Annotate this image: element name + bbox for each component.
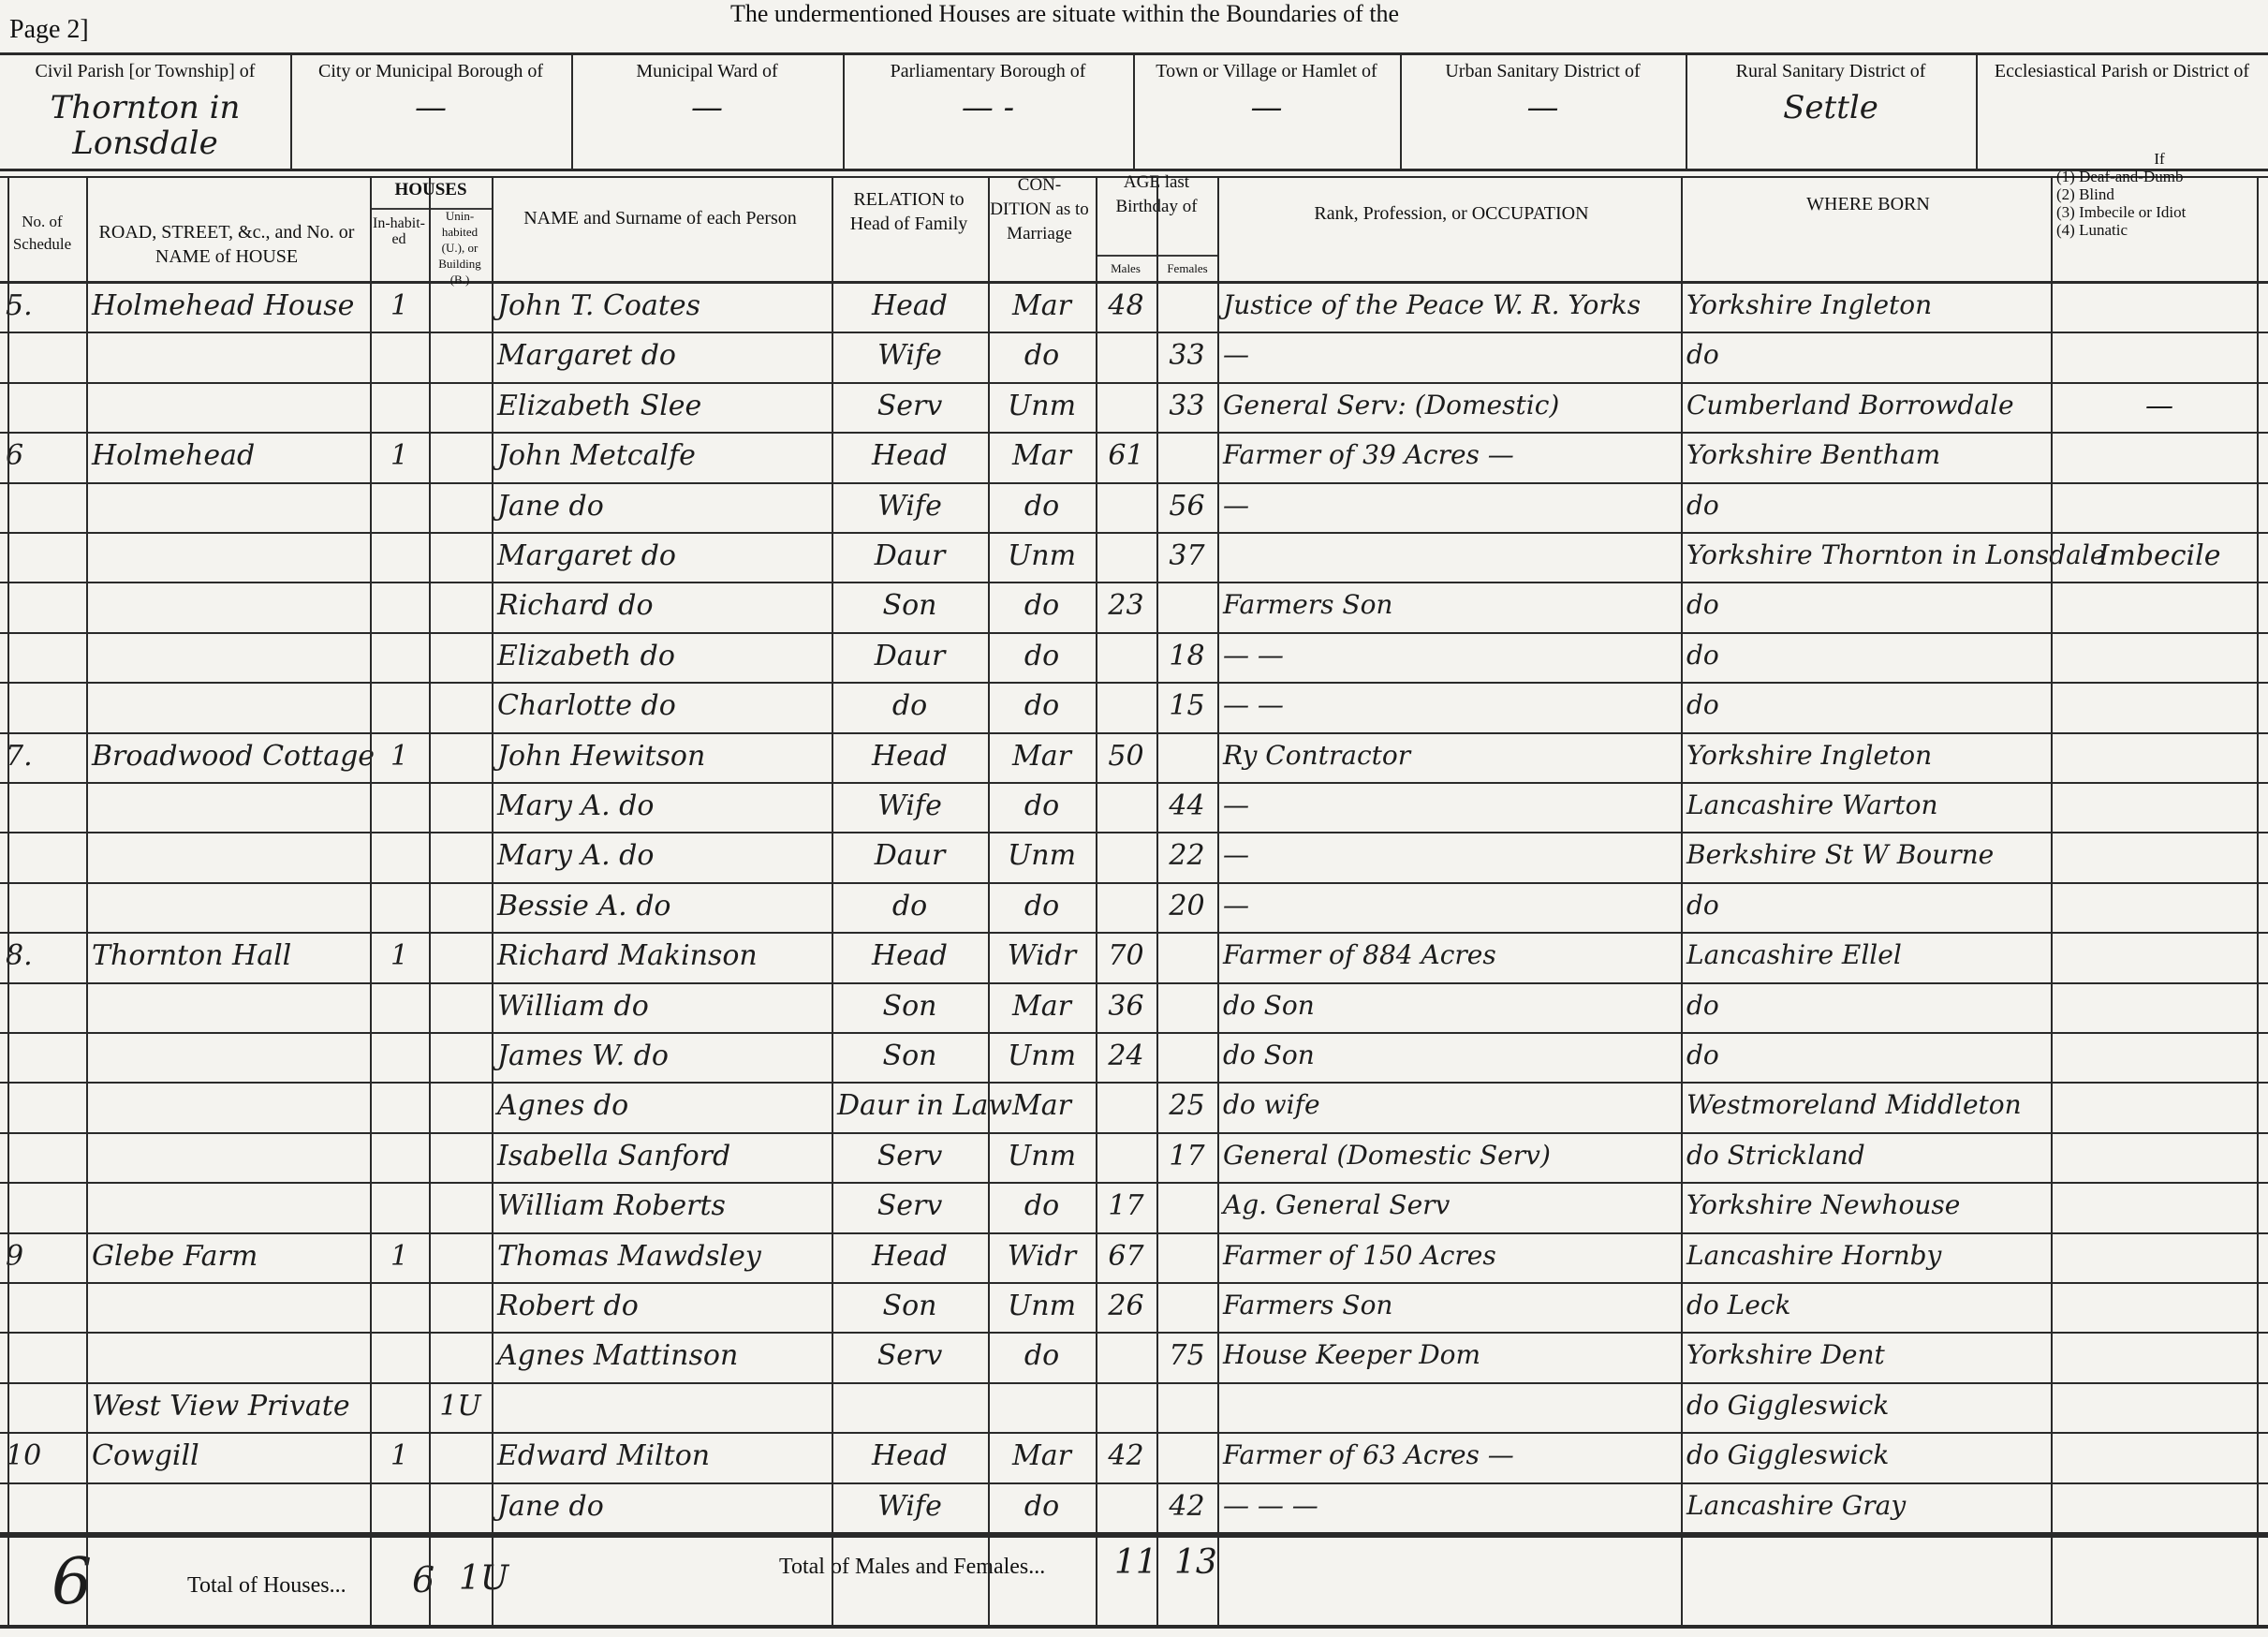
cell-condition: Unm: [994, 1140, 1090, 1172]
col-header-condition: CON-DITION as to Marriage: [988, 173, 1091, 246]
table-row: Isabella SanfordServUnm17General (Domest…: [0, 1134, 2268, 1184]
cell-relation: Serv: [837, 390, 982, 422]
cell-relation: Head: [837, 939, 982, 972]
cell-occupation: —: [1223, 890, 1675, 921]
cell-relation: Daur: [837, 539, 982, 572]
cell-male: 42: [1101, 1439, 1151, 1472]
cell-born: do: [1686, 1040, 2045, 1070]
total-uninhabited: 1U: [459, 1559, 508, 1598]
district-value: —: [290, 90, 571, 125]
cell-infirm: Imbecile: [2056, 539, 2262, 572]
cell-condition: Unm: [994, 1040, 1090, 1072]
cell-relation: Serv: [837, 1140, 982, 1172]
cell-name: James W. do: [497, 1040, 826, 1072]
district-label: Urban Sanitary District of: [1400, 54, 1686, 82]
district-value: — -: [843, 90, 1133, 125]
cell-occupation: House Keeper Dom: [1223, 1339, 1675, 1370]
district-value: —: [1133, 90, 1400, 125]
district-6: Rural Sanitary District ofSettle: [1686, 54, 1976, 169]
cell-born: Berkshire St W Bourne: [1686, 839, 2045, 870]
col-header-road: ROAD, STREET, &c., and No. or NAME of HO…: [86, 220, 367, 269]
table-row: Agnes doDaur in LawMar25do wifeWestmorel…: [0, 1084, 2268, 1133]
cell-condition: do: [994, 589, 1090, 622]
cell-condition: do: [994, 490, 1090, 523]
cell-schedule: 6: [6, 439, 81, 472]
cell-relation: Son: [837, 589, 982, 622]
cell-schedule: 7.: [6, 740, 81, 773]
cell-relation: Head: [837, 439, 982, 472]
col-where-born-label: WHERE BORN: [1806, 194, 1930, 214]
cell-occupation: do Son: [1223, 990, 1675, 1021]
cell-born: do: [1686, 490, 2045, 521]
cell-relation: Wife: [837, 490, 982, 523]
col-header-occupation: Rank, Profession, or OCCUPATION: [1222, 201, 1681, 226]
cell-condition: Mar: [994, 439, 1090, 472]
infirmity-option: (3) Imbecile or Idiot: [2056, 203, 2262, 221]
cell-occupation: General (Domestic Serv): [1223, 1140, 1675, 1171]
cell-name: Margaret do: [497, 339, 826, 372]
cell-born: do: [1686, 640, 2045, 671]
cell-inhab: 1: [376, 289, 423, 322]
cell-condition: do: [994, 339, 1090, 372]
cell-born: do: [1686, 689, 2045, 720]
cell-relation: do: [837, 689, 982, 722]
cell-relation: Wife: [837, 789, 982, 822]
cell-schedule: 8.: [6, 939, 81, 972]
cell-condition: do: [994, 689, 1090, 722]
district-label: City or Municipal Borough of: [290, 54, 571, 82]
cell-occupation: do wife: [1223, 1089, 1675, 1120]
table-row: Agnes MattinsonServdo75House Keeper DomY…: [0, 1334, 2268, 1383]
district-value: —: [571, 90, 843, 125]
cell-schedule: 5.: [6, 289, 81, 322]
col-uninhabited-label: Unin-habited (U.), or Building (B.): [438, 209, 481, 287]
cell-house: Holmehead: [92, 439, 364, 472]
cell-female: 17: [1162, 1140, 1212, 1172]
cell-occupation: Farmer of 39 Acres —: [1223, 439, 1675, 470]
cell-infirm: —: [2056, 390, 2262, 422]
cell-relation: Son: [837, 1290, 982, 1322]
district-label: Municipal Ward of: [571, 54, 843, 82]
district-label: Civil Parish [or Township] of: [0, 54, 290, 82]
col-header-inhabited: In-habit-ed: [370, 215, 428, 247]
table-row: Mary A. doWifedo44—Lancashire Warton: [0, 784, 2268, 833]
cell-name: Elizabeth do: [497, 640, 826, 672]
cell-name: Agnes Mattinson: [497, 1339, 826, 1372]
cell-relation: Wife: [837, 339, 982, 372]
cell-condition: do: [994, 1490, 1090, 1523]
cell-born: Lancashire Gray: [1686, 1490, 2045, 1521]
infirmity-option: (4) Lunatic: [2056, 221, 2262, 239]
cell-male: 36: [1101, 990, 1151, 1023]
table-row: Elizabeth doDaurdo18— —do: [0, 634, 2268, 684]
col-houses-label: HOUSES: [394, 180, 466, 199]
cell-name: Jane do: [497, 1490, 826, 1523]
table-row: Bessie A. dododo20—do: [0, 884, 2268, 934]
cell-condition: Unm: [994, 539, 1090, 572]
district-label: Rural Sanitary District of: [1686, 54, 1976, 82]
table-row: Jane doWifedo42— — —Lancashire Gray: [0, 1484, 2268, 1534]
cell-female: 75: [1162, 1339, 1212, 1372]
col-inhabited-label: In-habit-ed: [373, 215, 425, 247]
col-males-label: Males: [1111, 261, 1141, 275]
col-header-houses: HOUSES: [370, 178, 492, 202]
cell-relation: Head: [837, 1439, 982, 1472]
cell-occupation: —: [1223, 339, 1675, 370]
cell-female: 25: [1162, 1089, 1212, 1122]
col-header-schedule: No. of Schedule: [0, 211, 84, 256]
col-header-uninhabited: Unin-habited (U.), or Building (B.): [431, 208, 489, 288]
cell-occupation: — —: [1223, 689, 1675, 720]
district-4: Town or Village or Hamlet of—: [1133, 54, 1400, 169]
col-header-relation: RELATION to Head of Family: [832, 187, 986, 236]
cell-female: 22: [1162, 839, 1212, 872]
cell-female: 33: [1162, 390, 1212, 422]
cell-condition: Mar: [994, 289, 1090, 322]
cell-born: Yorkshire Ingleton: [1686, 740, 2045, 771]
cell-name: Margaret do: [497, 539, 826, 572]
cell-occupation: Farmers Son: [1223, 589, 1675, 620]
cell-male: 48: [1101, 289, 1151, 322]
cell-house: Cowgill: [92, 1439, 364, 1472]
cell-schedule: 10: [6, 1439, 81, 1472]
cell-name: Thomas Mawdsley: [497, 1240, 826, 1273]
cell-occupation: Farmer of 884 Acres: [1223, 939, 1675, 970]
district-0: Civil Parish [or Township] ofThornton in…: [0, 54, 290, 169]
cell-name: Richard Makinson: [497, 939, 826, 972]
cell-relation: do: [837, 890, 982, 922]
table-row: 5.Holmehead House1John T. CoatesHeadMar4…: [0, 284, 2268, 333]
cell-born: Lancashire Warton: [1686, 789, 2045, 820]
cell-female: 37: [1162, 539, 1212, 572]
total-persons-label: Total of Males and Females...: [779, 1555, 1045, 1580]
cell-name: William Roberts: [497, 1189, 826, 1222]
infirmity-option: (1) Deaf-and-Dumb: [2056, 168, 2262, 185]
cell-born: Cumberland Borrowdale: [1686, 390, 2045, 420]
cell-condition: do: [994, 1339, 1090, 1372]
cell-born: Yorkshire Dent: [1686, 1339, 2045, 1370]
cell-occupation: Ag. General Serv: [1223, 1189, 1675, 1220]
cell-relation: Head: [837, 289, 982, 322]
cell-female: 33: [1162, 339, 1212, 372]
district-label: Town or Village or Hamlet of: [1133, 54, 1400, 82]
cell-name: Mary A. do: [497, 789, 826, 822]
page-label: Page 2]: [9, 15, 89, 45]
total-inhabited: 6: [412, 1559, 434, 1600]
cell-occupation: Ry Contractor: [1223, 740, 1675, 771]
col-header-where-born: WHERE BORN: [1686, 192, 2051, 216]
cell-condition: Widr: [994, 939, 1090, 972]
district-value: Settle: [1686, 90, 1976, 125]
table-row: Elizabeth SleeServUnm33General Serv: (Do…: [0, 384, 2268, 434]
cell-relation: Head: [837, 740, 982, 773]
table-row: 7.Broadwood Cottage1John HewitsonHeadMar…: [0, 734, 2268, 784]
district-value: Thornton in Lonsdale: [0, 90, 290, 161]
table-row: Richard doSondo23Farmers Sondo: [0, 583, 2268, 633]
cell-condition: do: [994, 890, 1090, 922]
cell-inhab: 1: [376, 740, 423, 773]
cell-occupation: Farmers Son: [1223, 1290, 1675, 1320]
cell-female: 18: [1162, 640, 1212, 672]
cell-born: do Giggleswick: [1686, 1390, 2045, 1421]
table-row: West View Private1Udo Giggleswick: [0, 1384, 2268, 1434]
cell-schedule: 9: [6, 1240, 81, 1273]
cell-relation: Son: [837, 990, 982, 1023]
table-row: Charlotte dododo15— —do: [0, 684, 2268, 733]
col-schedule-label: No. of Schedule: [13, 213, 71, 253]
col-condition-label: CON-DITION as to Marriage: [990, 175, 1089, 243]
table-row: 9Glebe Farm1Thomas MawdsleyHeadWidr67Far…: [0, 1234, 2268, 1284]
cell-name: Isabella Sanford: [497, 1140, 826, 1172]
cell-house: West View Private: [92, 1390, 364, 1423]
cell-inhab: 1: [376, 439, 423, 472]
cell-name: Jane do: [497, 490, 826, 523]
cell-born: Yorkshire Ingleton: [1686, 289, 2045, 320]
cell-male: 24: [1101, 1040, 1151, 1072]
cell-born: do: [1686, 890, 2045, 921]
district-2: Municipal Ward of—: [571, 54, 843, 169]
table-row: Jane doWifedo56—do: [0, 484, 2268, 534]
table-row: Margaret doWifedo33—do: [0, 333, 2268, 383]
cell-condition: Mar: [994, 740, 1090, 773]
cell-born: do Leck: [1686, 1290, 2045, 1320]
cell-relation: Serv: [837, 1189, 982, 1222]
district-3: Parliamentary Borough of— -: [843, 54, 1133, 169]
table-row: James W. doSonUnm24do Sondo: [0, 1034, 2268, 1084]
cell-name: Elizabeth Slee: [497, 390, 826, 422]
col-relation-label: RELATION to Head of Family: [850, 189, 968, 234]
cell-born: do: [1686, 990, 2045, 1021]
col-header-females: Females: [1157, 260, 1217, 276]
cell-occupation: Justice of the Peace W. R. Yorks: [1223, 289, 1675, 320]
banner-title: The undermentioned Houses are situate wi…: [730, 0, 1399, 28]
cell-house: Broadwood Cottage: [92, 740, 364, 773]
district-value: —: [1400, 90, 1686, 125]
cell-female: 42: [1162, 1490, 1212, 1523]
total-females: 13: [1174, 1543, 1217, 1582]
cell-uninhab: 1U: [434, 1390, 486, 1423]
district-label: Parliamentary Borough of: [843, 54, 1133, 82]
cell-male: 70: [1101, 939, 1151, 972]
cell-inhab: 1: [376, 1439, 423, 1472]
cell-born: Yorkshire Bentham: [1686, 439, 2045, 470]
cell-house: Glebe Farm: [92, 1240, 364, 1273]
cell-condition: Mar: [994, 1089, 1090, 1122]
cell-relation: Daur: [837, 640, 982, 672]
cell-occupation: do Son: [1223, 1040, 1675, 1070]
cell-house: Thornton Hall: [92, 939, 364, 972]
cell-born: do: [1686, 589, 2045, 620]
cell-male: 26: [1101, 1290, 1151, 1322]
cell-name: William do: [497, 990, 826, 1023]
cell-female: 20: [1162, 890, 1212, 922]
cell-condition: Mar: [994, 1439, 1090, 1472]
district-1: City or Municipal Borough of—: [290, 54, 571, 169]
cell-occupation: —: [1223, 839, 1675, 870]
cell-occupation: —: [1223, 490, 1675, 521]
cell-male: 23: [1101, 589, 1151, 622]
infirmity-option: (2) Blind: [2056, 185, 2262, 203]
cell-condition: Unm: [994, 1290, 1090, 1322]
cell-relation: Daur in Law: [837, 1089, 982, 1122]
table-row: 8.Thornton Hall1Richard MakinsonHeadWidr…: [0, 934, 2268, 983]
infirmity-if-label: If: [2056, 150, 2262, 168]
table-row: Margaret doDaurUnm37Yorkshire Thornton i…: [0, 534, 2268, 583]
cell-name: Charlotte do: [497, 689, 826, 722]
cell-occupation: — — —: [1223, 1490, 1675, 1521]
cell-born: Westmoreland Middleton: [1686, 1089, 2045, 1120]
table-row: William doSonMar36do Sondo: [0, 984, 2268, 1034]
cell-occupation: Farmer of 63 Acres —: [1223, 1439, 1675, 1470]
cell-condition: Unm: [994, 839, 1090, 872]
col-header-males: Males: [1097, 260, 1154, 276]
district-5: Urban Sanitary District of—: [1400, 54, 1686, 169]
col-females-label: Females: [1167, 261, 1207, 275]
cell-born: do Giggleswick: [1686, 1439, 2045, 1470]
total-males: 11: [1114, 1543, 1157, 1582]
cell-name: Edward Milton: [497, 1439, 826, 1472]
cell-relation: Daur: [837, 839, 982, 872]
cell-inhab: 1: [376, 1240, 423, 1273]
col-road-label: ROAD, STREET, &c., and No. or NAME of HO…: [99, 222, 355, 267]
cell-condition: Unm: [994, 390, 1090, 422]
cell-condition: Widr: [994, 1240, 1090, 1273]
cell-occupation: — —: [1223, 640, 1675, 671]
col-name-label: NAME and Surname of each Person: [523, 208, 797, 229]
cell-male: 61: [1101, 439, 1151, 472]
col-header-infirmity: If (1) Deaf-and-Dumb(2) Blind(3) Imbecil…: [2056, 150, 2262, 239]
cell-relation: Son: [837, 1040, 982, 1072]
cell-name: John Metcalfe: [497, 439, 826, 472]
table-row: 10Cowgill1Edward MiltonHeadMar42Farmer o…: [0, 1434, 2268, 1483]
cell-name: Richard do: [497, 589, 826, 622]
cell-condition: Mar: [994, 990, 1090, 1023]
cell-born: do Strickland: [1686, 1140, 2045, 1171]
district-label: Ecclesiastical Parish or District of: [1976, 54, 2268, 82]
cell-name: Agnes do: [497, 1089, 826, 1122]
table-row: Robert doSonUnm26Farmers Sondo Leck: [0, 1284, 2268, 1334]
cell-occupation: —: [1223, 789, 1675, 820]
cell-female: 15: [1162, 689, 1212, 722]
table-row: Mary A. doDaurUnm22—Berkshire St W Bourn…: [0, 833, 2268, 883]
cell-male: 67: [1101, 1240, 1151, 1273]
cell-name: Bessie A. do: [497, 890, 826, 922]
cell-condition: do: [994, 1189, 1090, 1222]
cell-name: Mary A. do: [497, 839, 826, 872]
cell-relation: Wife: [837, 1490, 982, 1523]
table-row: 6Holmehead1John MetcalfeHeadMar61Farmer …: [0, 434, 2268, 483]
total-houses-label: Total of Houses...: [187, 1573, 346, 1599]
cell-male: 17: [1101, 1189, 1151, 1222]
table-row: William RobertsServdo17Ag. General ServY…: [0, 1184, 2268, 1233]
cell-name: John T. Coates: [497, 289, 826, 322]
cell-born: Yorkshire Newhouse: [1686, 1189, 2045, 1220]
cell-relation: Head: [837, 1240, 982, 1273]
cell-condition: do: [994, 789, 1090, 822]
cell-name: John Hewitson: [497, 740, 826, 773]
cell-born: do: [1686, 339, 2045, 370]
cell-name: Robert do: [497, 1290, 826, 1322]
cell-occupation: General Serv: (Domestic): [1223, 390, 1675, 420]
col-occupation-label: Rank, Profession, or OCCUPATION: [1314, 203, 1588, 224]
cell-occupation: Farmer of 150 Acres: [1223, 1240, 1675, 1271]
cell-house: Holmehead House: [92, 289, 364, 322]
cell-male: 50: [1101, 740, 1151, 773]
cell-born: Lancashire Ellel: [1686, 939, 2045, 970]
cell-inhab: 1: [376, 939, 423, 972]
cell-relation: Serv: [837, 1339, 982, 1372]
cell-female: 56: [1162, 490, 1212, 523]
cell-born: Lancashire Hornby: [1686, 1240, 2045, 1271]
cell-female: 44: [1162, 789, 1212, 822]
cell-condition: do: [994, 640, 1090, 672]
cell-born: Yorkshire Thornton in Lonsdale: [1686, 539, 2045, 570]
col-header-name: NAME and Surname of each Person: [496, 206, 824, 230]
